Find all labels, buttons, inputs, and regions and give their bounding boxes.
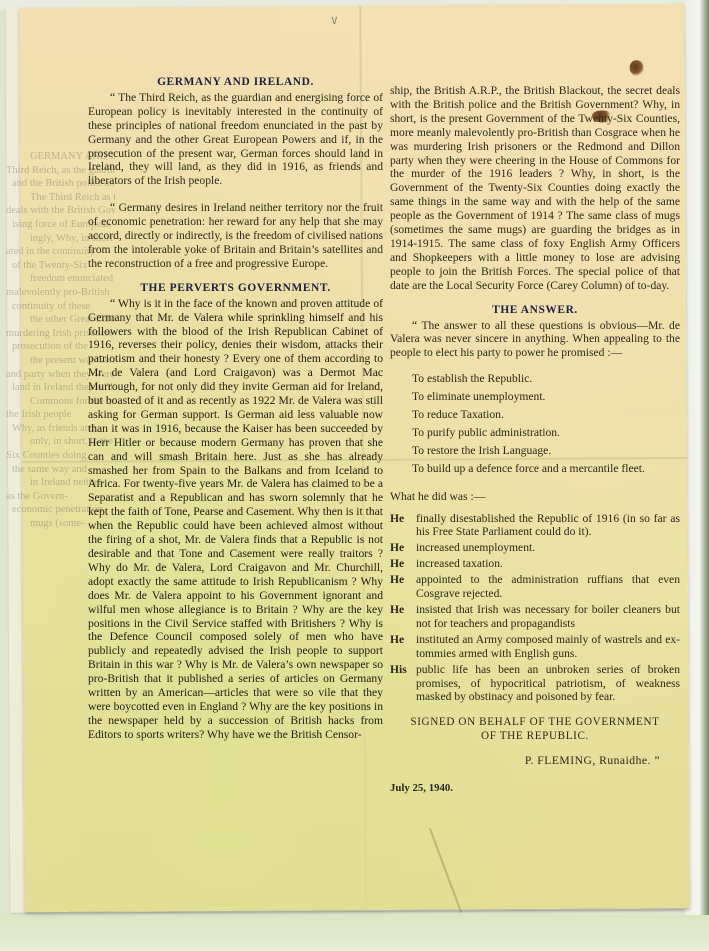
action-item: He appointed to the administration ruffi… [390,573,680,601]
action-subject: He [390,557,416,571]
signed-on-behalf: SIGNED ON BEHALF OF THE GOVERNMENT OF TH… [390,716,680,744]
action-text: insisted that Irish was necessary for bo… [416,603,680,631]
action-text: finally disestablished the Republic of 1… [416,512,680,540]
action-item: He insisted that Irish was necessary for… [390,603,680,631]
action-item: He increased taxation. [390,557,680,571]
burn-hole-icon [630,60,644,76]
action-text: increased taxation. [416,557,680,571]
action-subject: He [390,541,416,555]
paper-crease [429,828,462,913]
actions-list: He finally disestablished the Republic o… [390,512,680,705]
promise-item: To purify public administration. [412,426,680,440]
signed-line-1: SIGNED ON BEHALF OF THE GOVERNMENT [390,716,680,730]
promise-item: To establish the Republic. [412,372,680,386]
promise-item: To build up a defence force and a mercan… [412,462,680,476]
right-column: ship, the British A.R.P., the British Bl… [390,84,680,796]
paragraph-censorship-continuation: ship, the British A.R.P., the British Bl… [390,84,680,293]
action-item: His public life has been an unbroken ser… [390,663,680,705]
action-subject: He [390,633,416,661]
action-subject: He [390,603,416,631]
heading-perverts-government: THE PERVERTS GOVERNMENT. [88,282,383,296]
promise-item: To eliminate unemployment. [412,390,680,404]
background-table-surface [0,915,709,951]
left-column: GERMANY AND IRELAND. “ The Third Reich, … [88,76,383,742]
action-subject: His [390,663,416,705]
heading-the-answer: THE ANSWER. [390,304,680,318]
paragraph-answer-intro: “ The answer to all these questions is o… [390,319,680,361]
heading-germany-and-ireland: GERMANY AND IRELAND. [88,76,383,90]
promises-list: To establish the Republic. To eliminate … [412,372,680,475]
signatory: P. FLEMING, Runaidhe. ” [390,754,680,768]
action-subject: He [390,573,416,601]
document-date: July 25, 1940. [390,782,680,796]
paragraph-germany-desires: “ Germany desires in Ireland neither ter… [88,201,383,271]
action-text: appointed to the administration ruffians… [416,573,680,601]
action-item: He finally disestablished the Republic o… [390,512,680,540]
action-item: He increased unemployment. [390,541,680,555]
what-he-did-label: What he did was :— [390,490,680,504]
promise-item: To reduce Taxation. [412,408,680,422]
action-text: public life has been an unbroken series … [416,663,680,705]
promise-item: To restore the Irish Language. [412,444,680,458]
paragraph-third-reich: “ The Third Reich, as the guardian and e… [88,91,383,188]
action-item: He instituted an Army composed mainly of… [390,633,680,661]
action-text: increased unemployment. [416,541,680,555]
signed-line-2: OF THE REPUBLIC. [390,730,680,744]
action-subject: He [390,512,416,540]
paragraph-why-questions: “ Why is it in the face of the known and… [88,297,383,742]
action-text: instituted an Army composed mainly of wa… [416,633,680,661]
staple-mark: V [331,16,337,27]
